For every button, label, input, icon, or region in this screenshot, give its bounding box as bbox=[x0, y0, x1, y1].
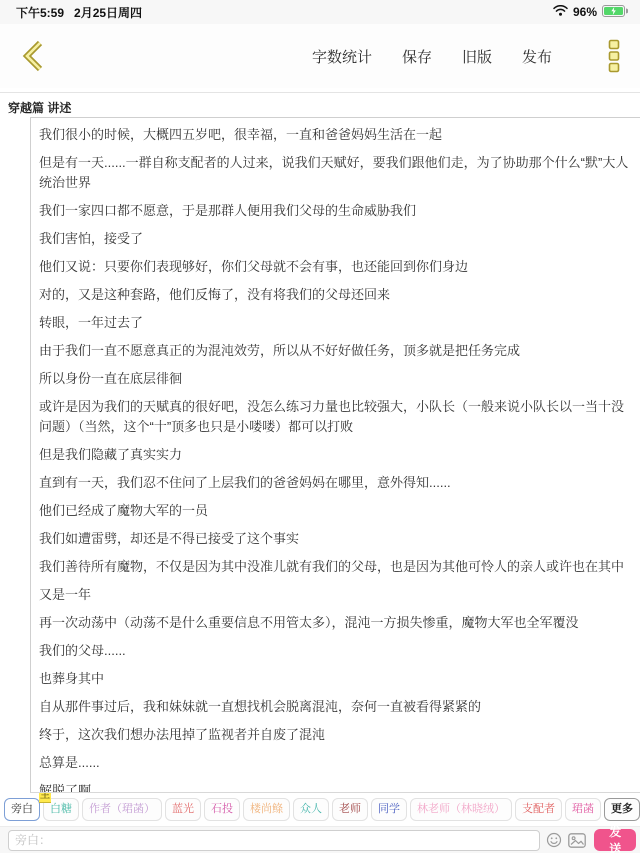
role-tag-loushangtiao[interactable]: 楼尚鲦 bbox=[243, 798, 290, 821]
battery-icon bbox=[602, 5, 628, 20]
story-paragraph: 我们很小的时候，大概四五岁吧，很幸福，一直和爸爸妈妈生活在一起 bbox=[39, 125, 634, 145]
story-paragraph: 他们已经成了魔物大军的一员 bbox=[39, 501, 634, 521]
story-paragraph: 对的，又是这种套路，他们反悔了，没有将我们的父母还回来 bbox=[39, 285, 634, 305]
send-button[interactable]: 发送 bbox=[594, 829, 636, 851]
story-text-area[interactable]: 我们很小的时候，大概四五岁吧，很幸福，一直和爸爸妈妈生活在一起 但是有一天...… bbox=[30, 117, 640, 793]
role-tag-shitou[interactable]: 石投 bbox=[204, 798, 240, 821]
story-paragraph: 转眼，一年过去了 bbox=[39, 313, 634, 333]
save-button[interactable]: 保存 bbox=[402, 46, 432, 67]
story-paragraph: 我们善待所有魔物，不仅是因为其中没准儿就有我们的父母，也是因为其他可怜人的亲人或… bbox=[39, 557, 634, 577]
role-tag-crowd[interactable]: 众人 bbox=[293, 798, 329, 821]
story-paragraph: 直到有一天，我们忍不住问了上层我们的爸爸妈妈在哪里，意外得知...... bbox=[39, 473, 634, 493]
section-title: 穿越篇 讲述 bbox=[8, 99, 71, 116]
role-tag-narrator[interactable]: 旁白 bbox=[4, 798, 40, 821]
role-tag-label: 白糖 bbox=[50, 803, 72, 815]
role-tag-dominator[interactable]: 支配者 bbox=[515, 798, 562, 821]
role-tag-languang[interactable]: 蓝光 bbox=[165, 798, 201, 821]
story-paragraph: 由于我们一直不愿意真正的为混沌效劳，所以从不好好做任务，顶多就是把任务完成 bbox=[39, 341, 634, 361]
role-tag-teacher-lin[interactable]: 林老师（林晓绒） bbox=[410, 798, 512, 821]
role-tag-baitang[interactable]: 主白糖 bbox=[43, 798, 79, 821]
story-paragraph: 我们的父母...... bbox=[39, 641, 634, 661]
story-paragraph: 再一次动荡中（动荡不是什么重要信息不用管太多），混沌一方损失惨重，魔物大军也全军… bbox=[39, 613, 634, 633]
nav-bar: 字数统计 保存 旧版 发布 bbox=[0, 24, 640, 88]
story-paragraph: 我们如遭雷劈，却还是不得已接受了这个事实 bbox=[39, 529, 634, 549]
story-paragraph: 自从那件事过后，我和妹妹就一直想找机会脱离混沌，奈何一直被看得紧紧的 bbox=[39, 697, 634, 717]
story-paragraph: 又是一年 bbox=[39, 585, 634, 605]
publish-button[interactable]: 发布 bbox=[522, 46, 552, 67]
story-paragraph: 总算是...... bbox=[39, 753, 634, 773]
battery-percent: 96% bbox=[573, 5, 597, 19]
wifi-icon bbox=[553, 5, 568, 19]
more-menu-button[interactable] bbox=[608, 39, 620, 73]
story-paragraph: 也葬身其中 bbox=[39, 669, 634, 689]
role-tag-junhan[interactable]: 珺菡 bbox=[565, 798, 601, 821]
message-input[interactable] bbox=[8, 830, 540, 851]
story-paragraph: 所以身份一直在底层徘徊 bbox=[39, 369, 634, 389]
story-paragraph: 我们一家四口都不愿意，于是那群人便用我们父母的生命威胁我们 bbox=[39, 201, 634, 221]
word-count-button[interactable]: 字数统计 bbox=[312, 46, 372, 67]
message-input-bar: 发送 bbox=[0, 826, 640, 853]
primary-role-badge: 主 bbox=[39, 793, 51, 803]
story-paragraph: 他们又说：只要你们表现够好，你们父母就不会有事，也还能回到你们身边 bbox=[39, 257, 634, 277]
status-bar: 下午5:59 2月25日周四 96% bbox=[0, 0, 640, 24]
story-paragraph: 但是有一天......一群自称支配者的人过来，说我们天赋好，要我们跟他们走，为了… bbox=[39, 153, 634, 193]
role-selector-bar: 旁白 主白糖 作者（珺菡） 蓝光 石投 楼尚鲦 众人 老师 同学 林老师（林晓绒… bbox=[0, 793, 640, 826]
story-paragraph: 或许是因为我们的天赋真的很好吧，没怎么练习力量也比较强大，小队长（一般来说小队长… bbox=[39, 397, 634, 437]
image-button[interactable] bbox=[568, 833, 586, 848]
chevron-left-icon bbox=[20, 39, 46, 73]
image-icon bbox=[568, 833, 586, 848]
old-version-button[interactable]: 旧版 bbox=[462, 46, 492, 67]
smiley-icon bbox=[546, 832, 562, 848]
story-paragraph: 但是我们隐藏了真实实力 bbox=[39, 445, 634, 465]
app-window: 下午5:59 2月25日周四 96% bbox=[0, 0, 640, 853]
role-tag-author-junhan[interactable]: 作者（珺菡） bbox=[82, 798, 162, 821]
emoji-button[interactable] bbox=[546, 832, 562, 848]
divider bbox=[0, 92, 640, 93]
role-tag-teacher[interactable]: 老师 bbox=[332, 798, 368, 821]
more-roles-button[interactable]: 更多 bbox=[604, 798, 640, 821]
role-tag-classmates[interactable]: 同学 bbox=[371, 798, 407, 821]
story-paragraph: 终于，这次我们想办法甩掉了监视者并自废了混沌 bbox=[39, 725, 634, 745]
back-button[interactable] bbox=[20, 39, 46, 73]
status-date: 2月25日周四 bbox=[74, 4, 142, 21]
story-paragraph: 解脱了啊 bbox=[39, 781, 634, 793]
status-time: 下午5:59 bbox=[16, 4, 64, 21]
menu-squares-icon bbox=[608, 39, 620, 73]
story-paragraph: 我们害怕，接受了 bbox=[39, 229, 634, 249]
